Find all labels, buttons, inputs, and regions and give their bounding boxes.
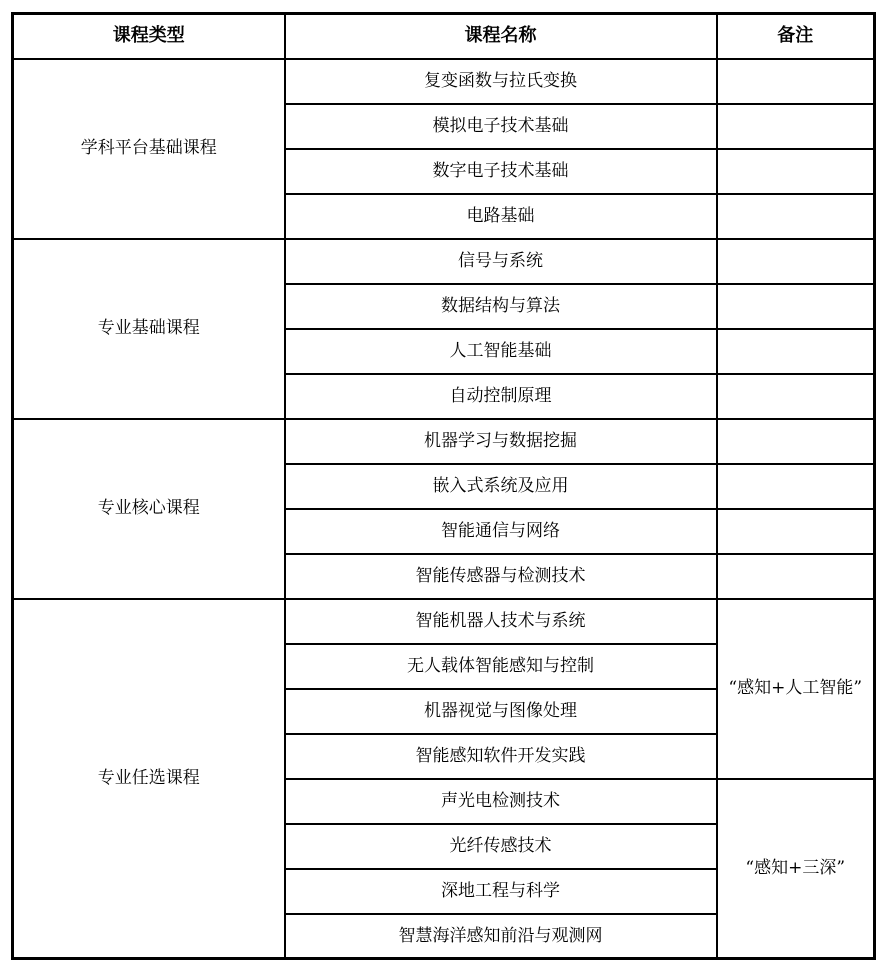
header-course-type: 课程类型 <box>13 14 285 59</box>
header-remark: 备注 <box>717 14 875 59</box>
table-row: 专业核心课程 机器学习与数据挖掘 <box>13 419 875 464</box>
course-type-cell: 专业核心课程 <box>13 419 285 599</box>
course-name-cell: 信号与系统 <box>285 239 717 284</box>
course-name-cell: 智能传感器与检测技术 <box>285 554 717 599</box>
remark-cell <box>717 419 875 464</box>
course-type-cell: 专业基础课程 <box>13 239 285 419</box>
remark-cell <box>717 104 875 149</box>
course-name-cell: 数据结构与算法 <box>285 284 717 329</box>
course-name-cell: 光纤传感技术 <box>285 824 717 869</box>
remark-cell <box>717 464 875 509</box>
course-name-cell: 人工智能基础 <box>285 329 717 374</box>
table-row: 专业任选课程 智能机器人技术与系统 “感知+人工智能” <box>13 599 875 644</box>
course-type-cell: 专业任选课程 <box>13 599 285 959</box>
course-name-cell: 无人载体智能感知与控制 <box>285 644 717 689</box>
course-name-cell: 数字电子技术基础 <box>285 149 717 194</box>
course-name-cell: 声光电检测技术 <box>285 779 717 824</box>
remark-cell <box>717 554 875 599</box>
course-table: 课程类型 课程名称 备注 学科平台基础课程 复变函数与拉氏变换 模拟电子技术基础… <box>11 12 876 960</box>
remark-cell <box>717 59 875 104</box>
remark-cell <box>717 374 875 419</box>
remark-cell-merged: “感知+人工智能” <box>717 599 875 779</box>
table-row: 专业基础课程 信号与系统 <box>13 239 875 284</box>
remark-cell <box>717 329 875 374</box>
course-name-cell: 电路基础 <box>285 194 717 239</box>
course-name-cell: 自动控制原理 <box>285 374 717 419</box>
course-name-cell: 嵌入式系统及应用 <box>285 464 717 509</box>
course-name-cell: 模拟电子技术基础 <box>285 104 717 149</box>
course-type-cell: 学科平台基础课程 <box>13 59 285 239</box>
course-name-cell: 智能通信与网络 <box>285 509 717 554</box>
course-name-cell: 智慧海洋感知前沿与观测网 <box>285 914 717 959</box>
table-row: 学科平台基础课程 复变函数与拉氏变换 <box>13 59 875 104</box>
course-name-cell: 智能机器人技术与系统 <box>285 599 717 644</box>
course-name-cell: 深地工程与科学 <box>285 869 717 914</box>
course-name-cell: 复变函数与拉氏变换 <box>285 59 717 104</box>
remark-cell-merged: “感知+三深” <box>717 779 875 959</box>
course-name-cell: 机器学习与数据挖掘 <box>285 419 717 464</box>
remark-cell <box>717 239 875 284</box>
course-name-cell: 机器视觉与图像处理 <box>285 689 717 734</box>
course-name-cell: 智能感知软件开发实践 <box>285 734 717 779</box>
remark-cell <box>717 194 875 239</box>
header-course-name: 课程名称 <box>285 14 717 59</box>
header-row: 课程类型 课程名称 备注 <box>13 14 875 59</box>
remark-cell <box>717 509 875 554</box>
remark-cell <box>717 149 875 194</box>
remark-cell <box>717 284 875 329</box>
